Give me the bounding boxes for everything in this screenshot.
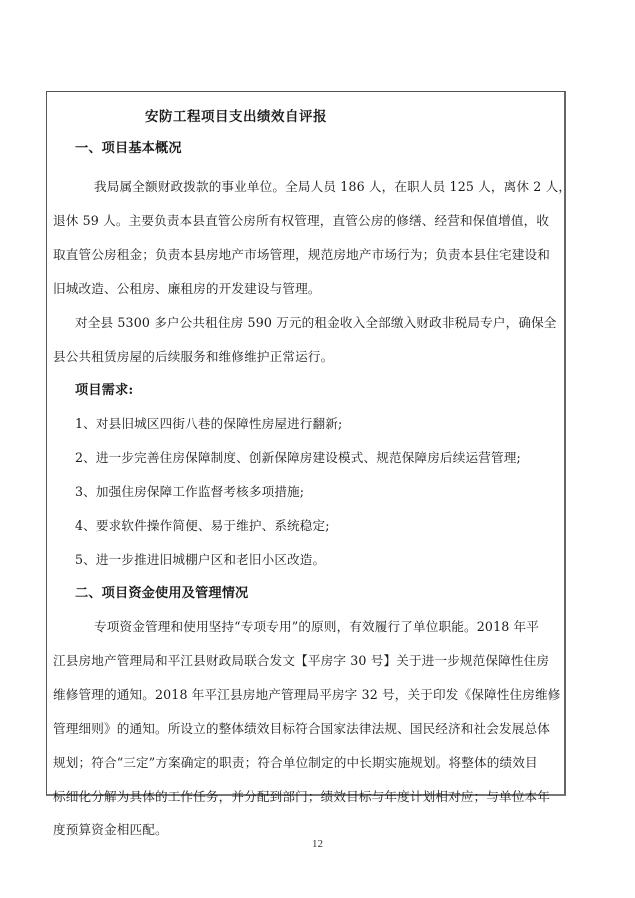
requirement-item: 4、要求软件操作简便、易于维护、系统稳定; bbox=[75, 515, 330, 534]
page-number: 12 bbox=[0, 838, 635, 850]
paragraph-line: 度预算资金相匹配。 bbox=[53, 819, 168, 838]
section-heading-1: 一、项目基本概况 bbox=[75, 137, 182, 156]
paragraph-line: 规划；符合“三定”方案确定的职责；符合单位制定的中长期实施规划。将整体的绩效目 bbox=[53, 752, 538, 771]
requirement-item: 1、对县旧城区四街八巷的保障性房屋进行翻新; bbox=[75, 413, 342, 432]
paragraph-line: 退休 59 人。主要负责本县直管公房所有权管理，直管公房的修缮、经营和保值增值，… bbox=[53, 210, 549, 229]
requirement-item: 5、进一步推进旧城棚户区和老旧小区改造。 bbox=[75, 549, 325, 568]
paragraph-line: 我局属全额财政拨款的事业单位。全局人员 186 人，在职人员 125 人，离休 … bbox=[94, 176, 571, 195]
paragraph-line: 江县房地产管理局和平江县财政局联合发文【平房字 30 号】关于进一步规范保障性住… bbox=[53, 650, 549, 669]
report-table-cell: 安防工程项目支出绩效自评报 一、项目基本概况 我局属全额财政拨款的事业单位。全局… bbox=[46, 91, 566, 796]
paragraph-line: 县公共租赁房屋的后续服务和维修维护正常运行。 bbox=[53, 346, 333, 365]
paragraph-line: 标细化分解为具体的工作任务，并分配到部门；绩效目标与年度计划相对应；与单位本年 bbox=[53, 786, 550, 805]
paragraph-line: 维修管理的通知。2018 年平江县房地产管理局平房字 32 号，关于印发《保障性… bbox=[53, 684, 560, 703]
document-title: 安防工程项目支出绩效自评报 bbox=[47, 105, 635, 125]
section-heading-2: 二、项目资金使用及管理情况 bbox=[75, 582, 248, 601]
paragraph-line: 专项资金管理和使用坚持“专项专用”的原则，有效履行了单位职能。2018 年平 bbox=[94, 616, 539, 635]
paragraph-line: 旧城改造、公租房、廉租房的开发建设与管理。 bbox=[53, 278, 321, 297]
paragraph-line: 管理细则》的通知。所设立的整体绩效目标符合国家法律法规、国民经济和社会发展总体 bbox=[53, 718, 550, 737]
requirement-item: 2、进一步完善住房保障制度、创新保障房建设模式、规范保障房后续运营管理; bbox=[75, 447, 521, 466]
requirement-item: 3、加强住房保障工作监督考核多项措施; bbox=[75, 481, 304, 500]
paragraph-line: 对全县 5300 多户公共租住房 590 万元的租金收入全部缴入财政非税局专户，… bbox=[75, 312, 557, 331]
paragraph-line: 取直管公房租金；负责本县房地产市场管理，规范房地产市场行为；负责本县住宅建设和 bbox=[53, 244, 550, 263]
subheading-requirements: 项目需求: bbox=[75, 379, 133, 398]
